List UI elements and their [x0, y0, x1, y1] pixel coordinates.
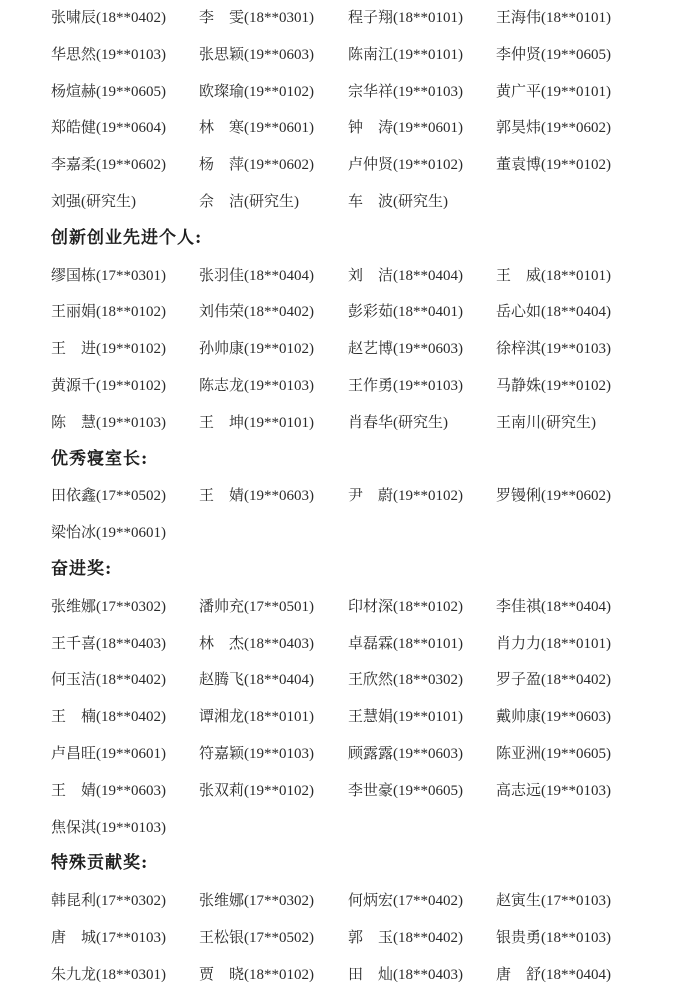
- recipient-entry: 张双莉(19**0102): [199, 778, 314, 803]
- recipient-entry: 车 波(研究生): [348, 189, 448, 214]
- recipient-name: 李仲贤: [496, 42, 541, 66]
- section-heading: 创新创业先进个人:: [51, 225, 202, 251]
- recipient-name: 彭彩茹: [348, 299, 393, 323]
- recipient-class-id: (17**0302): [244, 893, 314, 909]
- recipient-entry: 卢仲贤(19**0102): [348, 152, 463, 177]
- recipient-entry: 何玉洁(18**0402): [51, 667, 166, 692]
- recipient-name: 王 进: [51, 336, 96, 360]
- recipient-entry: 张羽佳(18**0404): [199, 263, 314, 288]
- recipient-class-id: (19**0103): [244, 746, 314, 762]
- recipient-name: 唐 舒: [496, 962, 541, 986]
- recipient-entry: 戴帅康(19**0603): [496, 704, 611, 729]
- section-heading: 特殊贡献奖:: [51, 850, 148, 876]
- recipient-entry: 刘伟荣(18**0402): [199, 299, 314, 324]
- recipient-entry: 贾 晓(18**0102): [199, 962, 314, 987]
- recipient-name: 肖力力: [496, 631, 541, 655]
- recipient-class-id: (19**0101): [393, 709, 463, 725]
- recipient-class-id: (研究生): [393, 194, 448, 210]
- recipient-entry: 赵艺博(19**0603): [348, 336, 463, 361]
- recipient-class-id: (19**0603): [393, 341, 463, 357]
- recipient-name: 卓磊霖: [348, 631, 393, 655]
- recipient-class-id: (17**0302): [96, 599, 166, 615]
- recipient-class-id: (研究生): [244, 194, 299, 210]
- recipient-entry: 李世豪(19**0605): [348, 778, 463, 803]
- recipient-entry: 李仲贤(19**0605): [496, 42, 611, 67]
- recipient-entry: 谭湘龙(18**0101): [199, 704, 314, 729]
- recipient-entry: 田 灿(18**0403): [348, 962, 463, 987]
- recipient-entry: 唐 城(17**0103): [51, 925, 166, 950]
- recipient-name: 何玉洁: [51, 667, 96, 691]
- recipient-entry: 华思然(19**0103): [51, 42, 166, 67]
- recipient-class-id: (18**0101): [541, 10, 611, 26]
- recipient-entry: 王 婧(19**0603): [199, 483, 314, 508]
- recipient-class-id: (19**0102): [541, 378, 611, 394]
- recipient-entry: 岳心如(18**0404): [496, 299, 611, 324]
- recipient-class-id: (18**0302): [393, 672, 463, 688]
- recipient-name: 李嘉柔: [51, 152, 96, 176]
- recipient-entry: 林 杰(18**0403): [199, 631, 314, 656]
- recipient-entry: 陈 慧(19**0103): [51, 410, 166, 435]
- recipient-name: 韩昆利: [51, 888, 96, 912]
- recipient-entry: 缪国栋(17**0301): [51, 263, 166, 288]
- recipient-class-id: (研究生): [81, 194, 136, 210]
- recipient-name: 王 婧: [199, 483, 244, 507]
- recipient-class-id: (18**0402): [96, 10, 166, 26]
- recipient-entry: 符嘉颖(19**0103): [199, 741, 314, 766]
- recipient-class-id: (17**0301): [96, 268, 166, 284]
- recipient-name: 王 楠: [51, 704, 96, 728]
- recipient-entry: 王松银(17**0502): [199, 925, 314, 950]
- recipient-entry: 梁怡冰(19**0601): [51, 520, 166, 545]
- recipient-class-id: (19**0103): [393, 84, 463, 100]
- recipient-class-id: (18**0101): [541, 636, 611, 652]
- recipient-entry: 卓磊霖(18**0101): [348, 631, 463, 656]
- recipient-name: 刘强: [51, 189, 81, 213]
- recipient-name: 马静姝: [496, 373, 541, 397]
- recipient-entry: 孙帅康(19**0102): [199, 336, 314, 361]
- recipient-entry: 杨煊赫(19**0605): [51, 79, 166, 104]
- recipient-class-id: (19**0101): [244, 415, 314, 431]
- recipient-class-id: (19**0602): [541, 488, 611, 504]
- recipient-class-id: (18**0402): [96, 709, 166, 725]
- recipient-entry: 杨 萍(19**0602): [199, 152, 314, 177]
- recipient-name: 陈 慧: [51, 410, 96, 434]
- recipient-name: 王 威: [496, 263, 541, 287]
- recipient-entry: 卢昌旺(19**0601): [51, 741, 166, 766]
- recipient-class-id: (18**0101): [541, 268, 611, 284]
- recipient-entry: 欧璨瑜(19**0102): [199, 79, 314, 104]
- recipient-name: 刘伟荣: [199, 299, 244, 323]
- recipient-entry: 林 寒(19**0601): [199, 115, 314, 140]
- recipient-class-id: (18**0404): [541, 304, 611, 320]
- recipient-class-id: (19**0102): [541, 157, 611, 173]
- recipient-class-id: (18**0102): [244, 967, 314, 983]
- recipient-name: 徐梓淇: [496, 336, 541, 360]
- recipient-name: 李世豪: [348, 778, 393, 802]
- recipient-name: 卢仲贤: [348, 152, 393, 176]
- recipient-class-id: (17**0103): [96, 930, 166, 946]
- recipient-name: 肖春华: [348, 410, 393, 434]
- recipient-entry: 赵腾飞(18**0404): [199, 667, 314, 692]
- recipient-entry: 佘 洁(研究生): [199, 189, 299, 214]
- recipient-entry: 银贵勇(18**0103): [496, 925, 611, 950]
- recipient-name: 黄源千: [51, 373, 96, 397]
- recipient-entry: 刘强(研究生): [51, 189, 136, 214]
- recipient-class-id: (19**0605): [541, 746, 611, 762]
- recipient-entry: 张维娜(17**0302): [199, 888, 314, 913]
- recipient-name: 张啸辰: [51, 5, 96, 29]
- recipient-class-id: (19**0601): [96, 746, 166, 762]
- recipient-name: 罗镘俐: [496, 483, 541, 507]
- recipient-class-id: (18**0404): [393, 268, 463, 284]
- recipient-class-id: (18**0101): [393, 10, 463, 26]
- recipient-name: 张思颖: [199, 42, 244, 66]
- section-heading: 奋进奖:: [51, 556, 112, 582]
- recipient-entry: 肖力力(18**0101): [496, 631, 611, 656]
- recipient-entry: 印材深(18**0102): [348, 594, 463, 619]
- recipient-class-id: (19**0605): [393, 783, 463, 799]
- recipient-name: 王海伟: [496, 5, 541, 29]
- recipient-entry: 唐 舒(18**0404): [496, 962, 611, 987]
- recipient-entry: 高志远(19**0103): [496, 778, 611, 803]
- recipient-name: 田 灿: [348, 962, 393, 986]
- recipient-entry: 陈南江(19**0101): [348, 42, 463, 67]
- recipient-class-id: (17**0302): [96, 893, 166, 909]
- recipient-name: 佘 洁: [199, 189, 244, 213]
- recipient-class-id: (19**0102): [393, 488, 463, 504]
- recipient-entry: 王南川(研究生): [496, 410, 596, 435]
- recipient-class-id: (18**0402): [393, 930, 463, 946]
- recipient-entry: 陈志龙(19**0103): [199, 373, 314, 398]
- recipient-class-id: (19**0103): [96, 415, 166, 431]
- recipient-entry: 王 坤(19**0101): [199, 410, 314, 435]
- recipient-class-id: (19**0603): [96, 783, 166, 799]
- recipient-class-id: (19**0603): [244, 488, 314, 504]
- recipient-name: 陈志龙: [199, 373, 244, 397]
- recipient-class-id: (18**0404): [541, 599, 611, 615]
- recipient-name: 黄广平: [496, 79, 541, 103]
- recipient-name: 张羽佳: [199, 263, 244, 287]
- recipient-entry: 何炳宏(17**0402): [348, 888, 463, 913]
- recipient-class-id: (18**0102): [96, 304, 166, 320]
- recipient-entry: 尹 蔚(19**0102): [348, 483, 463, 508]
- recipient-name: 罗子盈: [496, 667, 541, 691]
- recipient-class-id: (17**0402): [393, 893, 463, 909]
- recipient-name: 张维娜: [51, 594, 96, 618]
- recipient-name: 朱九龙: [51, 962, 96, 986]
- recipient-entry: 王慧娟(19**0101): [348, 704, 463, 729]
- recipient-name: 卢昌旺: [51, 741, 96, 765]
- recipient-class-id: (17**0103): [541, 893, 611, 909]
- recipient-class-id: (17**0502): [244, 930, 314, 946]
- recipient-class-id: (19**0603): [541, 709, 611, 725]
- recipient-class-id: (19**0602): [96, 157, 166, 173]
- recipient-class-id: (19**0103): [541, 341, 611, 357]
- recipient-name: 顾露露: [348, 741, 393, 765]
- recipient-class-id: (18**0403): [96, 636, 166, 652]
- recipient-entry: 罗镘俐(19**0602): [496, 483, 611, 508]
- recipient-name: 高志远: [496, 778, 541, 802]
- recipient-name: 车 波: [348, 189, 393, 213]
- recipient-class-id: (19**0103): [244, 378, 314, 394]
- recipient-class-id: (19**0103): [541, 783, 611, 799]
- recipient-name: 欧璨瑜: [199, 79, 244, 103]
- recipient-entry: 李 雯(18**0301): [199, 5, 314, 30]
- recipient-class-id: (研究生): [393, 415, 448, 431]
- recipient-name: 张双莉: [199, 778, 244, 802]
- recipient-name: 王 坤: [199, 410, 244, 434]
- recipient-entry: 李佳祺(18**0404): [496, 594, 611, 619]
- recipient-class-id: (19**0601): [96, 525, 166, 541]
- recipient-name: 何炳宏: [348, 888, 393, 912]
- recipient-class-id: (18**0402): [244, 304, 314, 320]
- recipient-class-id: (19**0103): [96, 47, 166, 63]
- recipient-class-id: (19**0102): [244, 341, 314, 357]
- recipient-class-id: (18**0404): [244, 268, 314, 284]
- recipient-entry: 刘 洁(18**0404): [348, 263, 463, 288]
- recipient-name: 宗华祥: [348, 79, 393, 103]
- recipient-class-id: (19**0601): [244, 120, 314, 136]
- recipient-name: 印材深: [348, 594, 393, 618]
- recipient-entry: 朱九龙(18**0301): [51, 962, 166, 987]
- recipient-name: 杨煊赫: [51, 79, 96, 103]
- recipient-name: 程子翔: [348, 5, 393, 29]
- recipient-name: 戴帅康: [496, 704, 541, 728]
- recipient-name: 华思然: [51, 42, 96, 66]
- recipient-entry: 王作勇(19**0103): [348, 373, 463, 398]
- recipient-entry: 王丽娟(18**0102): [51, 299, 166, 324]
- recipient-class-id: (18**0404): [244, 672, 314, 688]
- recipient-entry: 张维娜(17**0302): [51, 594, 166, 619]
- recipient-class-id: (18**0102): [393, 599, 463, 615]
- recipient-name: 王丽娟: [51, 299, 96, 323]
- recipient-entry: 彭彩茹(18**0401): [348, 299, 463, 324]
- recipient-entry: 徐梓淇(19**0103): [496, 336, 611, 361]
- recipient-class-id: (19**0102): [393, 157, 463, 173]
- recipient-class-id: (18**0103): [541, 930, 611, 946]
- document-page: 张啸辰(18**0402)李 雯(18**0301)程子翔(18**0101)王…: [0, 0, 700, 990]
- recipient-entry: 钟 涛(19**0601): [348, 115, 463, 140]
- recipient-name: 银贵勇: [496, 925, 541, 949]
- recipient-entry: 赵寅生(17**0103): [496, 888, 611, 913]
- recipient-class-id: (19**0602): [244, 157, 314, 173]
- recipient-name: 张维娜: [199, 888, 244, 912]
- recipient-name: 符嘉颖: [199, 741, 244, 765]
- recipient-class-id: (18**0402): [541, 672, 611, 688]
- recipient-entry: 王 进(19**0102): [51, 336, 166, 361]
- recipient-name: 王 婧: [51, 778, 96, 802]
- recipient-entry: 韩昆利(17**0302): [51, 888, 166, 913]
- recipient-name: 孙帅康: [199, 336, 244, 360]
- recipient-name: 缪国栋: [51, 263, 96, 287]
- recipient-entry: 顾露露(19**0603): [348, 741, 463, 766]
- recipient-name: 陈亚洲: [496, 741, 541, 765]
- recipient-class-id: (19**0102): [96, 341, 166, 357]
- recipient-name: 董袁博: [496, 152, 541, 176]
- recipient-name: 郑皓健: [51, 115, 96, 139]
- recipient-class-id: (18**0101): [244, 709, 314, 725]
- recipient-name: 唐 城: [51, 925, 96, 949]
- recipient-entry: 田依鑫(17**0502): [51, 483, 166, 508]
- recipient-name: 李佳祺: [496, 594, 541, 618]
- recipient-entry: 罗子盈(18**0402): [496, 667, 611, 692]
- recipient-class-id: (18**0404): [541, 967, 611, 983]
- recipient-class-id: (19**0103): [96, 820, 166, 836]
- recipient-entry: 马静姝(19**0102): [496, 373, 611, 398]
- recipient-class-id: (18**0403): [244, 636, 314, 652]
- recipient-name: 赵寅生: [496, 888, 541, 912]
- recipient-entry: 黄广平(19**0101): [496, 79, 611, 104]
- recipient-entry: 王 威(18**0101): [496, 263, 611, 288]
- recipient-class-id: (19**0102): [96, 378, 166, 394]
- recipient-entry: 陈亚洲(19**0605): [496, 741, 611, 766]
- recipient-name: 赵腾飞: [199, 667, 244, 691]
- recipient-name: 贾 晓: [199, 962, 244, 986]
- recipient-class-id: (19**0604): [96, 120, 166, 136]
- recipient-name: 潘帅充: [199, 594, 244, 618]
- recipient-class-id: (19**0101): [393, 47, 463, 63]
- recipient-entry: 程子翔(18**0101): [348, 5, 463, 30]
- recipient-name: 赵艺博: [348, 336, 393, 360]
- recipient-name: 林 寒: [199, 115, 244, 139]
- recipient-class-id: (19**0601): [393, 120, 463, 136]
- recipient-entry: 王 楠(18**0402): [51, 704, 166, 729]
- recipient-name: 王欣然: [348, 667, 393, 691]
- recipient-name: 尹 蔚: [348, 483, 393, 507]
- recipient-entry: 肖春华(研究生): [348, 410, 448, 435]
- recipient-class-id: (18**0101): [393, 636, 463, 652]
- recipient-name: 王南川: [496, 410, 541, 434]
- recipient-name: 焦保淇: [51, 815, 96, 839]
- section-heading: 优秀寝室长:: [51, 446, 148, 472]
- recipient-class-id: (17**0502): [96, 488, 166, 504]
- recipient-name: 谭湘龙: [199, 704, 244, 728]
- recipient-class-id: (19**0603): [244, 47, 314, 63]
- recipient-entry: 王 婧(19**0603): [51, 778, 166, 803]
- recipient-class-id: (18**0403): [393, 967, 463, 983]
- recipient-name: 钟 涛: [348, 115, 393, 139]
- recipient-name: 王慧娟: [348, 704, 393, 728]
- recipient-entry: 焦保淇(19**0103): [51, 815, 166, 840]
- recipient-name: 郭 玉: [348, 925, 393, 949]
- recipient-class-id: (19**0103): [393, 378, 463, 394]
- recipient-class-id: (19**0605): [96, 84, 166, 100]
- recipient-entry: 郭昊炜(19**0602): [496, 115, 611, 140]
- recipient-class-id: (19**0101): [541, 84, 611, 100]
- recipient-name: 梁怡冰: [51, 520, 96, 544]
- recipient-class-id: (19**0603): [393, 746, 463, 762]
- recipient-class-id: (18**0402): [96, 672, 166, 688]
- recipient-entry: 潘帅充(17**0501): [199, 594, 314, 619]
- recipient-class-id: (18**0401): [393, 304, 463, 320]
- recipient-name: 王松银: [199, 925, 244, 949]
- recipient-class-id: (17**0501): [244, 599, 314, 615]
- recipient-class-id: (18**0301): [96, 967, 166, 983]
- recipient-entry: 王海伟(18**0101): [496, 5, 611, 30]
- recipient-name: 林 杰: [199, 631, 244, 655]
- recipient-entry: 张啸辰(18**0402): [51, 5, 166, 30]
- recipient-class-id: (研究生): [541, 415, 596, 431]
- recipient-entry: 张思颖(19**0603): [199, 42, 314, 67]
- recipient-name: 岳心如: [496, 299, 541, 323]
- recipient-entry: 李嘉柔(19**0602): [51, 152, 166, 177]
- recipient-name: 陈南江: [348, 42, 393, 66]
- recipient-entry: 王千喜(18**0403): [51, 631, 166, 656]
- recipient-name: 李 雯: [199, 5, 244, 29]
- recipient-class-id: (19**0605): [541, 47, 611, 63]
- recipient-name: 杨 萍: [199, 152, 244, 176]
- recipient-class-id: (19**0102): [244, 84, 314, 100]
- recipient-entry: 郭 玉(18**0402): [348, 925, 463, 950]
- recipient-entry: 董袁博(19**0102): [496, 152, 611, 177]
- recipient-name: 郭昊炜: [496, 115, 541, 139]
- recipient-entry: 郑皓健(19**0604): [51, 115, 166, 140]
- recipient-name: 田依鑫: [51, 483, 96, 507]
- recipient-entry: 黄源千(19**0102): [51, 373, 166, 398]
- recipient-class-id: (19**0102): [244, 783, 314, 799]
- recipient-name: 刘 洁: [348, 263, 393, 287]
- recipient-name: 王千喜: [51, 631, 96, 655]
- recipient-class-id: (19**0602): [541, 120, 611, 136]
- recipient-name: 王作勇: [348, 373, 393, 397]
- recipient-class-id: (18**0301): [244, 10, 314, 26]
- recipient-entry: 宗华祥(19**0103): [348, 79, 463, 104]
- recipient-entry: 王欣然(18**0302): [348, 667, 463, 692]
